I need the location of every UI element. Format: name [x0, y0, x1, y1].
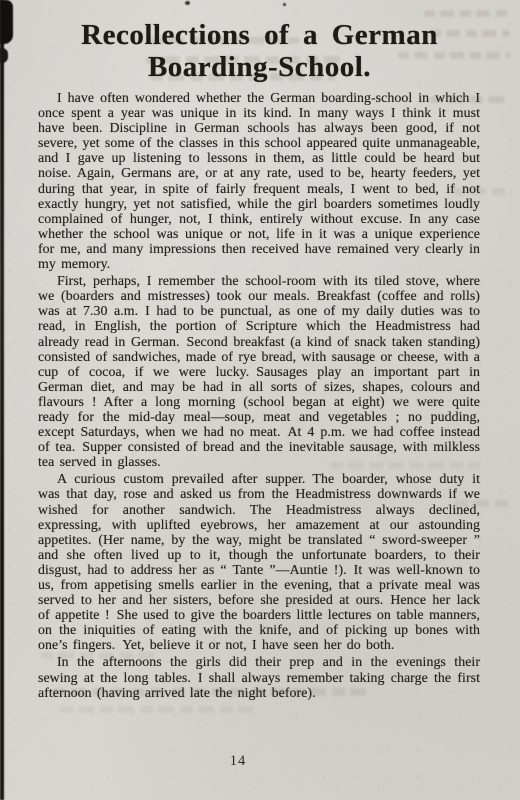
scan-speck: [185, 1, 190, 5]
title-line-1: Recollections of a German: [38, 19, 481, 51]
scan-edge-bump: [0, 48, 8, 63]
paragraph-1: I have often wondered whether the German…: [38, 91, 480, 272]
paragraph-2: First, perhaps, I remember the school-ro…: [38, 274, 480, 470]
scanned-book-page: Recollections of a German Boarding-Schoo…: [0, 0, 520, 800]
title-line-2: Boarding-School.: [38, 51, 481, 83]
scan-edge-blob: [0, 0, 13, 44]
page-title: Recollections of a German Boarding-Schoo…: [38, 19, 481, 83]
bleedthrough-smudge: [424, 10, 510, 17]
scan-edge-left: [0, 0, 4, 800]
page-number: 14: [38, 753, 438, 770]
article-body: I have often wondered whether the German…: [38, 91, 480, 701]
paragraph-4: In the afternoons the girls did their pr…: [38, 655, 480, 700]
scan-speck: [283, 3, 286, 6]
paragraph-3: A curious custom prevailed after supper.…: [38, 472, 480, 653]
bleedthrough-smudge: [60, 706, 260, 713]
